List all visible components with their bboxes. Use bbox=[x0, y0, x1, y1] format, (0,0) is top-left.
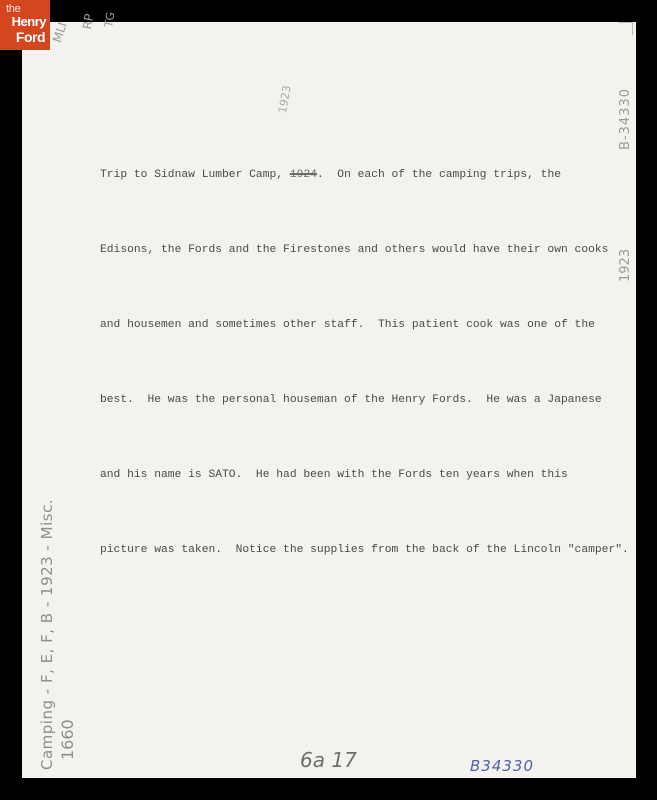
pencil-right-year: 1923 bbox=[618, 249, 633, 282]
page-corner-fold bbox=[618, 22, 633, 35]
pencil-initials-2: RP bbox=[80, 13, 96, 31]
pencil-accession-code: B-34330 bbox=[618, 88, 633, 150]
logo-text-ford: Ford bbox=[16, 29, 45, 45]
pencil-bottom-note: 6a 17 bbox=[300, 748, 357, 772]
caption-line-1: Trip to Sidnaw Lumber Camp, 1924. On eac… bbox=[100, 163, 620, 188]
logo-text-henry: Henry bbox=[12, 14, 46, 29]
pencil-catalog-number: 1660 bbox=[58, 719, 77, 760]
caption-line-3: and housemen and sometimes other staff. … bbox=[100, 313, 620, 338]
caption-line-6: picture was taken. Notice the supplies f… bbox=[100, 538, 620, 563]
struck-year: 1924 bbox=[290, 169, 317, 181]
caption-line-2: Edisons, the Fords and the Firestones an… bbox=[100, 238, 620, 263]
pencil-category-note: Camping - F, E, F, B - 1923 - Misc. bbox=[38, 499, 56, 770]
caption-line-5: and his name is SATO. He had been with t… bbox=[100, 463, 620, 488]
caption-line-4: best. He was the personal houseman of th… bbox=[100, 388, 620, 413]
typed-caption: Trip to Sidnaw Lumber Camp, 1924. On eac… bbox=[100, 113, 620, 588]
pen-accession-number: B34330 bbox=[470, 757, 534, 775]
the-henry-ford-logo: the Henry Ford bbox=[0, 0, 50, 50]
pencil-initials-3: TG bbox=[102, 11, 117, 28]
